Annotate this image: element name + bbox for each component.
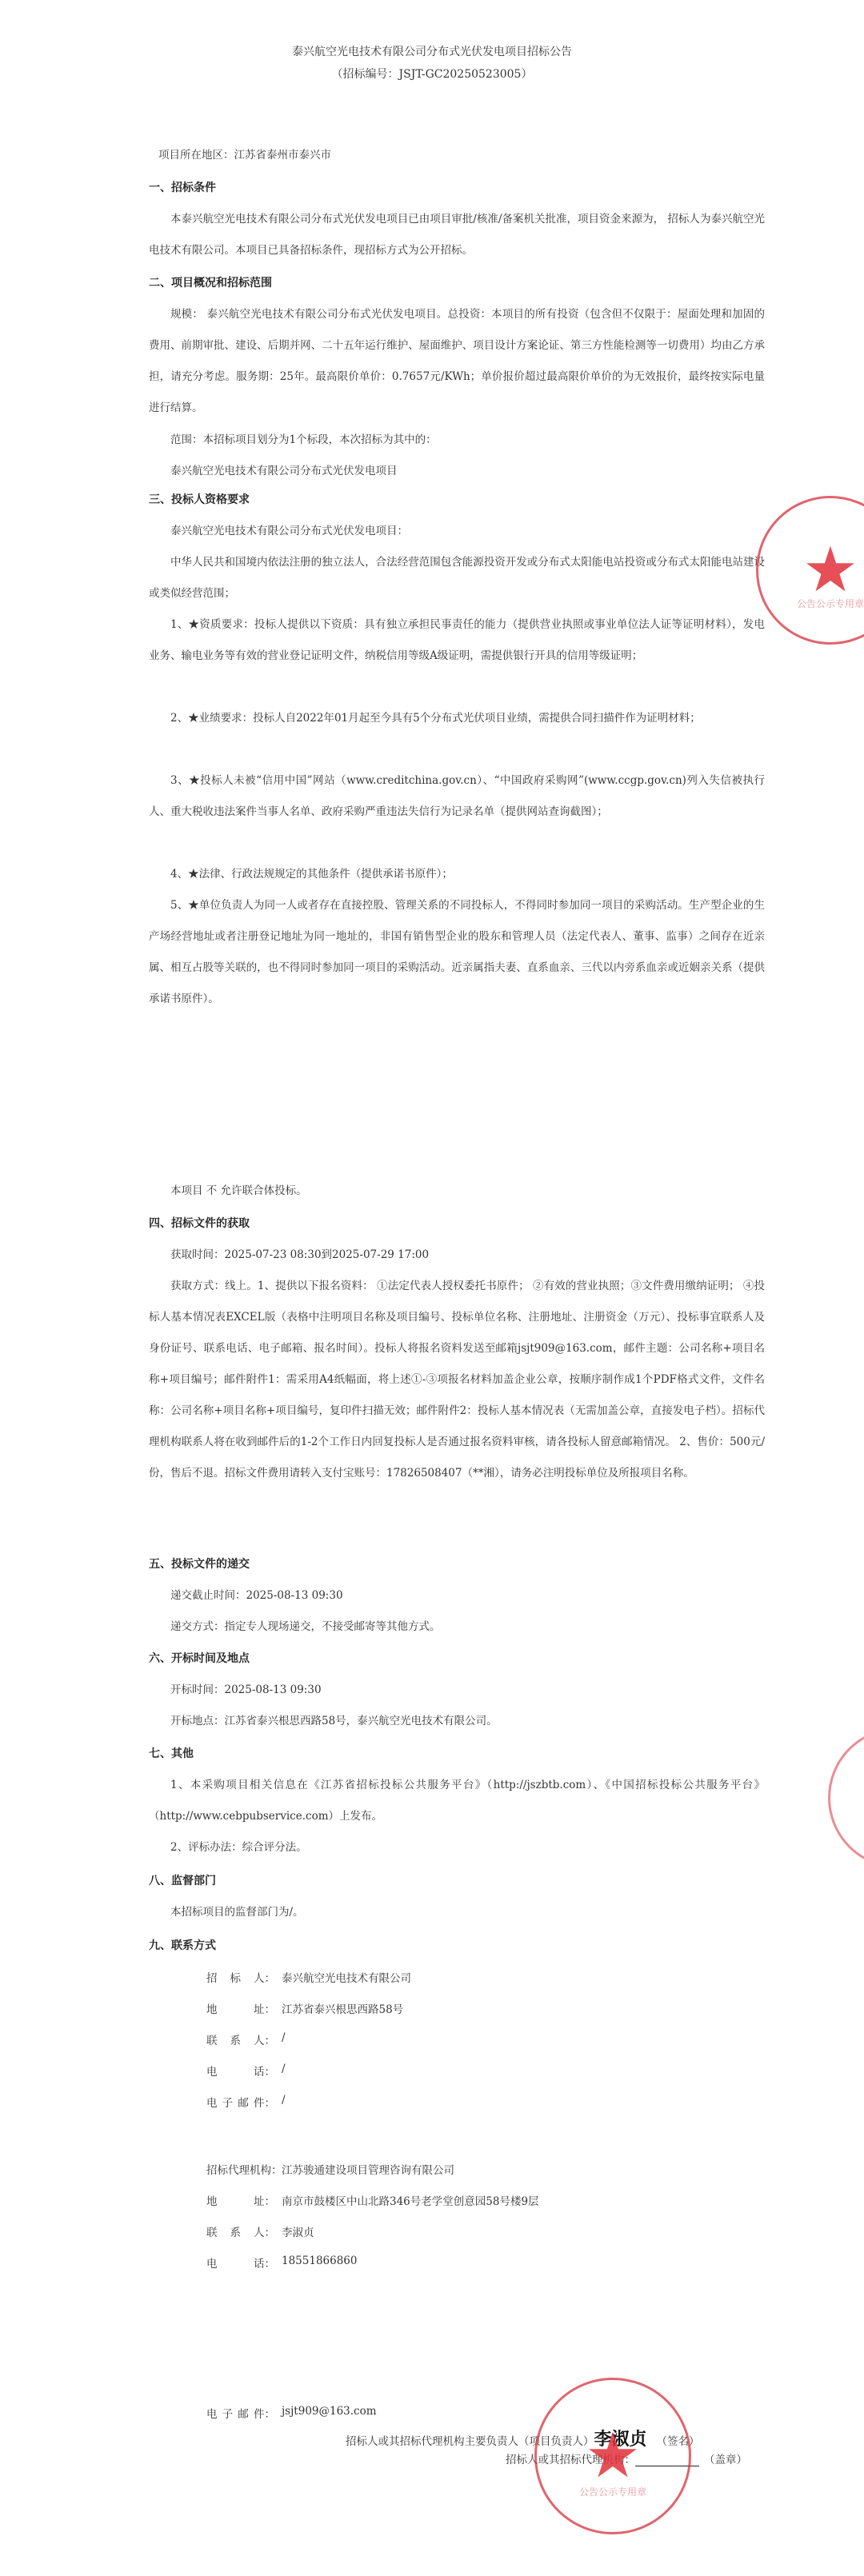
section-9-heading: 九、联系方式 — [149, 1937, 216, 1953]
bid-number: （招标编号：JSJT-GC20250523005） — [0, 66, 864, 82]
tenderer-address-row: 地址： 江苏省泰兴根思西路58号 — [206, 2000, 403, 2016]
agency-phone-label: 电话： — [206, 2254, 275, 2270]
tenderer-address-value: 江苏省泰兴根思西路58号 — [282, 2000, 403, 2016]
agency-name-value: 江苏骏通建设项目管理咨询有限公司 — [282, 2161, 454, 2177]
section-2-heading: 二、项目概况和招标范围 — [149, 274, 272, 290]
agency-email-label: 电子邮件： — [206, 2405, 275, 2421]
qualification-item-5: 5、★单位负责人为同一人或者存在直接控股、管理关系的不同投标人，不得同时参加同一… — [149, 890, 765, 1015]
tenderer-phone-value: / — [282, 2063, 286, 2079]
agency-address-label: 地址： — [206, 2192, 275, 2208]
company-seal-stamp-top: ★ 公告公示专用章 — [756, 496, 864, 645]
acquisition-time: 获取时间：2025-07-23 08:30到2025-07-29 17:00 — [149, 1240, 765, 1271]
company-seal-stamp-middle — [828, 1727, 864, 1868]
section-6-heading: 六、开标时间及地点 — [149, 1650, 250, 1666]
section-2-scale-paragraph: 规模： 泰兴航空光电技术有限公司分布式光伏发电项目。总投资：本项目的所有投资（包… — [149, 299, 765, 424]
section-1-heading: 一、招标条件 — [149, 179, 216, 195]
qualification-item-2: 2、★业绩要求：投标人自2022年01月起至今具有5个分布式光伏项目业绩，需提供… — [149, 703, 765, 734]
tenderer-address-label: 地址： — [206, 2000, 275, 2016]
agency-address-value: 南京市鼓楼区中山北路346号老学堂创意园58号楼9层 — [282, 2192, 539, 2208]
qualification-item-4: 4、★法律、行政法规规定的其他条件（提供承诺书原件）； — [149, 859, 765, 890]
tenderer-email-label: 电子邮件： — [206, 2094, 275, 2110]
tenderer-contact-label: 联系人： — [206, 2031, 275, 2047]
section-3-heading: 三、投标人资格要求 — [149, 491, 250, 507]
seal-suffix: （盖章） — [704, 2454, 747, 2466]
supervision-paragraph: 本招标项目的监督部门为/。 — [149, 1897, 765, 1928]
agency-name-label: 招标代理机构： — [206, 2161, 275, 2177]
section-3-intro: 泰兴航空光电技术有限公司分布式光伏发电项目： — [149, 516, 765, 547]
tenderer-name-row: 招标人： 泰兴航空光电技术有限公司 — [206, 1969, 411, 1985]
qualification-item-3: 3、★投标人未被“信用中国”网站（www.creditchina.gov.cn）… — [149, 765, 765, 828]
document-title: 泰兴航空光电技术有限公司分布式光伏发电项目招标公告 — [0, 43, 864, 59]
submission-method: 递交方式：指定专人现场递交，不接受邮寄等其他方式。 — [149, 1611, 765, 1643]
tenderer-phone-label: 电话： — [206, 2063, 275, 2079]
agency-contact-label: 联系人： — [206, 2223, 275, 2239]
section-8-heading: 八、监督部门 — [149, 1872, 216, 1888]
seal-star-icon: ★ — [802, 539, 858, 601]
tender-announcement-document: 泰兴航空光电技术有限公司分布式光伏发电项目招标公告 （招标编号：JSJT-GC2… — [0, 0, 864, 2576]
other-item-2: 2、评标办法：综合评分法。 — [149, 1832, 765, 1863]
section-7-heading: 七、其他 — [149, 1745, 194, 1761]
tenderer-contact-row: 联系人： / — [206, 2031, 286, 2047]
section-5-heading: 五、投标文件的递交 — [149, 1556, 250, 1572]
qualification-item-1: 1、★资质要求：投标人提供以下资质：具有独立承担民事责任的能力（提供营业执照或事… — [149, 609, 765, 672]
project-location: 项目所在地区：江苏省泰州市泰兴市 — [158, 147, 331, 163]
seal-bottom-text: 公告公示专用章 — [758, 597, 864, 610]
seal-star-icon: ★ — [585, 2425, 641, 2487]
agency-name-row: 招标代理机构： 江苏骏通建设项目管理咨询有限公司 — [206, 2161, 454, 2177]
consortium-note: 本项目 不 允许联合体投标。 — [149, 1176, 765, 1207]
acquisition-method: 获取方式：线上。1、提供以下报名资料： ①法定代表人授权委托书原件； ②有效的营… — [149, 1271, 765, 1489]
agency-phone-value: 18551866860 — [282, 2254, 357, 2270]
submission-deadline: 递交截止时间：2025-08-13 09:30 — [149, 1580, 765, 1611]
agency-address-row: 地址： 南京市鼓楼区中山北路346号老学堂创意园58号楼9层 — [206, 2192, 539, 2208]
agency-contact-row: 联系人： 李淑贞 — [206, 2223, 314, 2239]
agency-phone-row: 电话： 18551866860 — [206, 2254, 357, 2270]
agency-email-row: 电子邮件： jsjt909@163.com — [206, 2405, 377, 2421]
tenderer-phone-row: 电话： / — [206, 2063, 286, 2079]
section-2-project-name: 泰兴航空光电技术有限公司分布式光伏发电项目 — [149, 456, 765, 487]
agency-email-value: jsjt909@163.com — [282, 2405, 377, 2421]
seal-bottom-text: 公告公示专用章 — [537, 2485, 689, 2498]
tenderer-email-value: / — [282, 2094, 286, 2110]
section-3-paragraph: 中华人民共和国境内依法注册的独立法人，合法经营范围包含能源投资开发或分布式太阳能… — [149, 547, 765, 609]
tenderer-email-row: 电子邮件： / — [206, 2094, 286, 2110]
agency-contact-value: 李淑贞 — [282, 2223, 314, 2239]
section-2-scope-paragraph: 范围：本招标项目划分为1个标段，本次招标为其中的： — [149, 425, 765, 456]
opening-place: 开标地点：江苏省泰兴根思西路58号，泰兴航空光电技术有限公司。 — [149, 1706, 765, 1737]
section-1-paragraph: 本泰兴航空光电技术有限公司分布式光伏发电项目已由项目审批/核准/备案机关批准，项… — [149, 204, 765, 266]
other-item-1: 1、本采购项目相关信息在《江苏省招标投标公共服务平台》（http://jszbt… — [149, 1770, 765, 1832]
opening-time: 开标时间：2025-08-13 09:30 — [149, 1675, 765, 1706]
company-seal-stamp-bottom: ★ 公告公示专用章 — [534, 2378, 691, 2534]
tenderer-contact-value: / — [282, 2031, 286, 2047]
tenderer-name-value: 泰兴航空光电技术有限公司 — [282, 1969, 411, 1985]
tenderer-name-label: 招标人： — [206, 1969, 275, 1985]
section-4-heading: 四、招标文件的获取 — [149, 1215, 250, 1231]
